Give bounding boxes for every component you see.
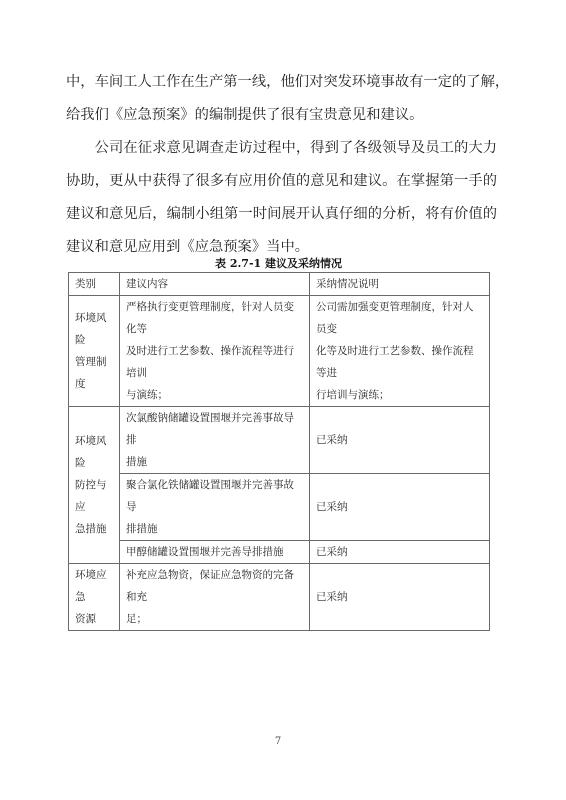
page-number: 7 [0,736,556,747]
suggestion-cell: 次氯酸钠储罐设置围堰并完善事故导排 措施 [120,407,310,474]
table-row: 环境风险 管理制度 严格执行变更管理制度，针对人员变化等 及时进行工艺参数、操作… [69,296,490,407]
table-row: 环境应急 资源 补充应急物资，保证应急物资的完备和充 足； 已采纳 [69,564,490,631]
table-row: 环境风险 防控与应 急措施 次氯酸钠储罐设置围堰并完善事故导排 措施 已采纳 [69,407,490,474]
paragraph1-line1: 中，车间工人工作在生产第一线，他们对突发环境事故有一定的了解， [66,66,497,99]
paragraph1-line2: 给我们《应急预案》的编制提供了很有宝贵意见和建议。 [66,99,497,132]
header-suggestion: 建议内容 [120,273,310,296]
category-cell: 环境风险 管理制度 [69,296,120,407]
suggestion-cell: 严格执行变更管理制度，针对人员变化等 及时进行工艺参数、操作流程等进行培训 与演… [120,296,310,407]
status-cell: 已采纳 [310,474,490,541]
document-page: 中，车间工人工作在生产第一线，他们对突发环境事故有一定的了解， 给我们《应急预案… [0,0,566,800]
table-row: 甲醇储罐设置围堰并完善导排措施 已采纳 [69,541,490,564]
category-cell: 环境应急 资源 [69,564,120,631]
status-cell: 公司需加强变更管理制度，针对人员变 化等及时进行工艺参数、操作流程等进 行培训与… [310,296,490,407]
suggestions-table: 类别 建议内容 采纳情况说明 环境风险 管理制度 严格执行变更管理制度，针对人员… [68,272,490,631]
table-section: 表 2.7-1 建议及采纳情况 类别 建议内容 采纳情况说明 环境风险 管理制度… [68,255,489,631]
paragraph2-line1: 公司在征求意见调查走访过程中，得到了各级领导及员工的大力 [66,132,497,165]
status-cell: 已采纳 [310,541,490,564]
paragraph2-line2: 协助，更从中获得了很多有应用价值的意见和建议。在掌握第一手的 [66,165,497,198]
table-title: 表 2.7-1 建议及采纳情况 [68,255,489,272]
header-status: 采纳情况说明 [310,273,490,296]
category-cell: 环境风险 防控与应 急措施 [69,407,120,564]
suggestion-cell: 聚合氯化铁储罐设置围堰并完善事故导 排措施 [120,474,310,541]
suggestion-cell: 甲醇储罐设置围堰并完善导排措施 [120,541,310,564]
body-text: 中，车间工人工作在生产第一线，他们对突发环境事故有一定的了解， 给我们《应急预案… [66,66,497,264]
status-cell: 已采纳 [310,564,490,631]
paragraph2-line3: 建议和意见后，编制小组第一时间展开认真仔细的分析，将有价值的 [66,198,497,231]
status-cell: 已采纳 [310,407,490,474]
suggestion-cell: 补充应急物资，保证应急物资的完备和充 足； [120,564,310,631]
table-header-row: 类别 建议内容 采纳情况说明 [69,273,490,296]
table-row: 聚合氯化铁储罐设置围堰并完善事故导 排措施 已采纳 [69,474,490,541]
header-category: 类别 [69,273,120,296]
